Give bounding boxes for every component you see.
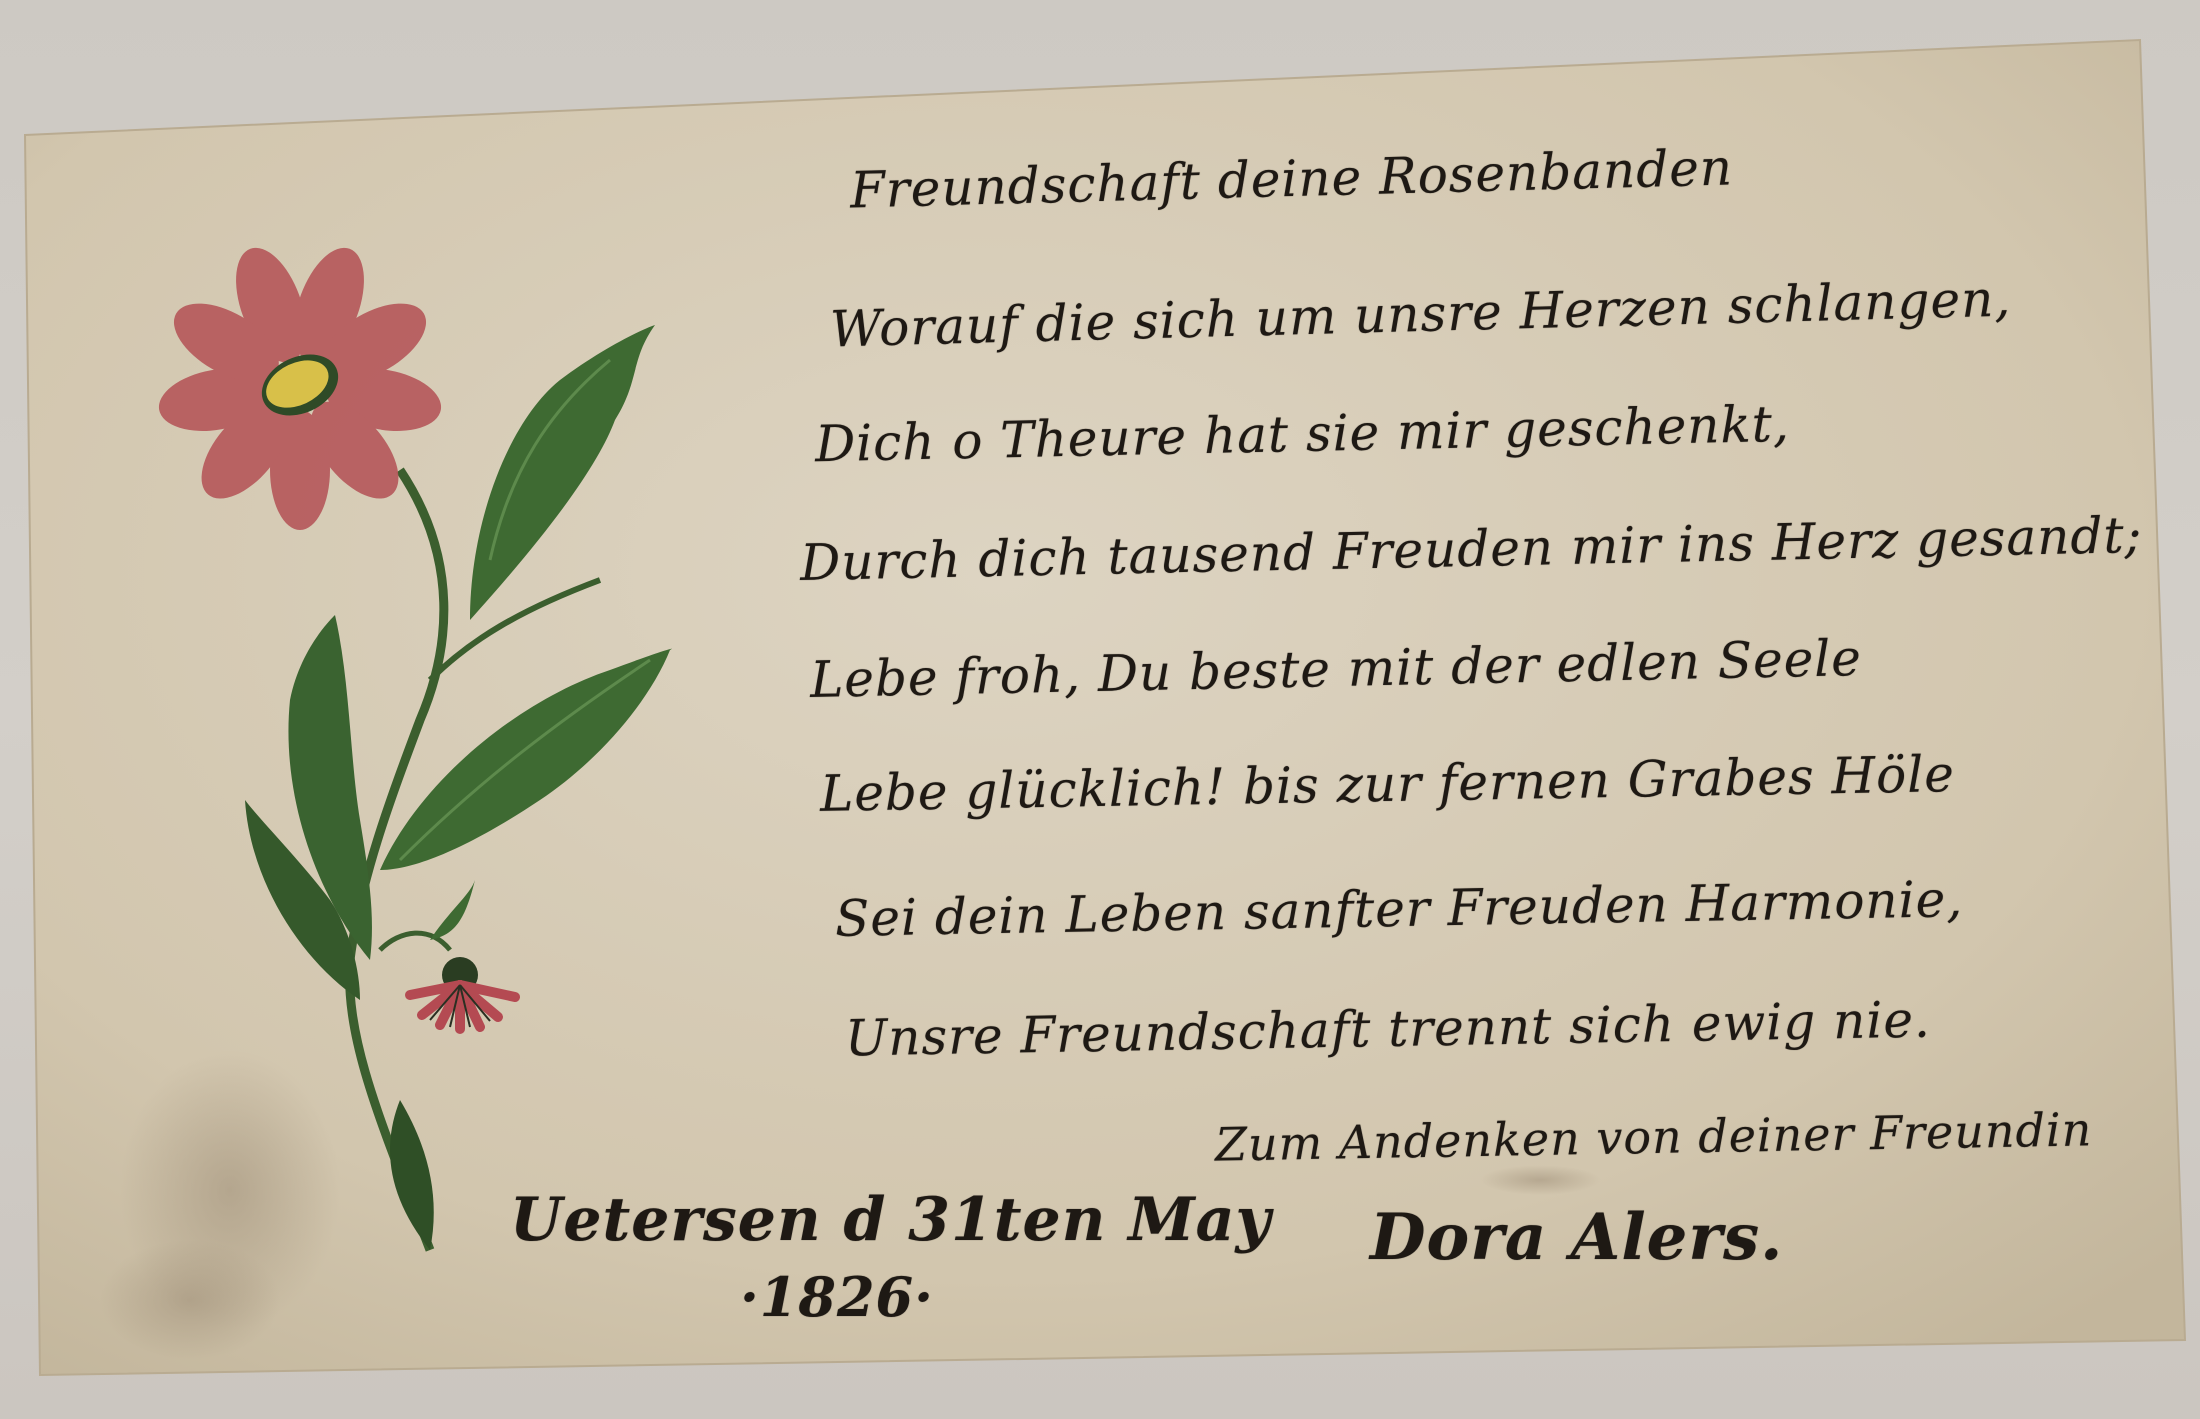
flower-head [154,238,446,530]
place-date: Uetersen d 31ten May [510,1185,1271,1255]
year: ·1826· [740,1265,934,1329]
album-page: Freundschaft deine Rosenbanden Worauf di… [0,0,2200,1419]
flower-illustration [0,0,700,1300]
signature: Dora Alers. [1370,1200,1783,1275]
flower-bud [410,957,515,1029]
